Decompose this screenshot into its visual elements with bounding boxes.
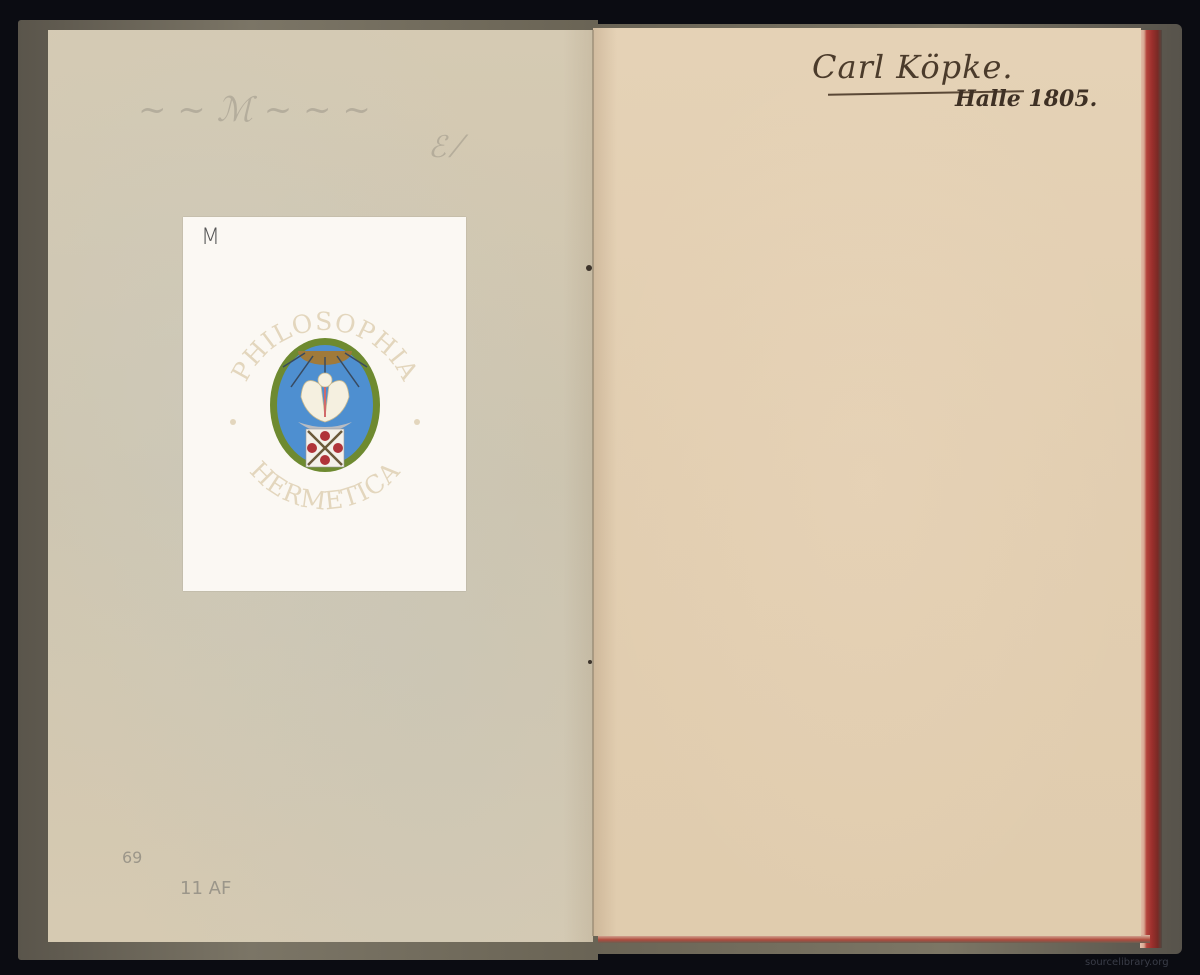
owner-signature: Carl Köpke. — [812, 48, 1014, 86]
flyleaf-page — [593, 28, 1141, 936]
inscription-place-date: Halle 1805. — [955, 86, 1097, 112]
binding-stitch — [588, 660, 592, 664]
binding-stitch — [586, 265, 592, 271]
pencil-note-shelfmark: 69 — [122, 848, 142, 867]
faint-offset-script: ~ ~ ℳ ~ ~ ~ — [138, 90, 371, 130]
pencil-note-catalog: 11 AF — [180, 878, 231, 899]
bookplate: M PHILOSOPHIA HERMETICA — [183, 217, 466, 591]
red-page-edge — [1140, 30, 1162, 948]
page-edge-bottom — [598, 935, 1150, 943]
faint-offset-script: ℰ ⁄ — [428, 130, 461, 165]
philosophia-hermetica-emblem-icon: PHILOSOPHIA HERMETICA — [183, 217, 466, 591]
gutter — [592, 30, 594, 936]
source-watermark: sourcelibrary.org — [1085, 957, 1169, 968]
